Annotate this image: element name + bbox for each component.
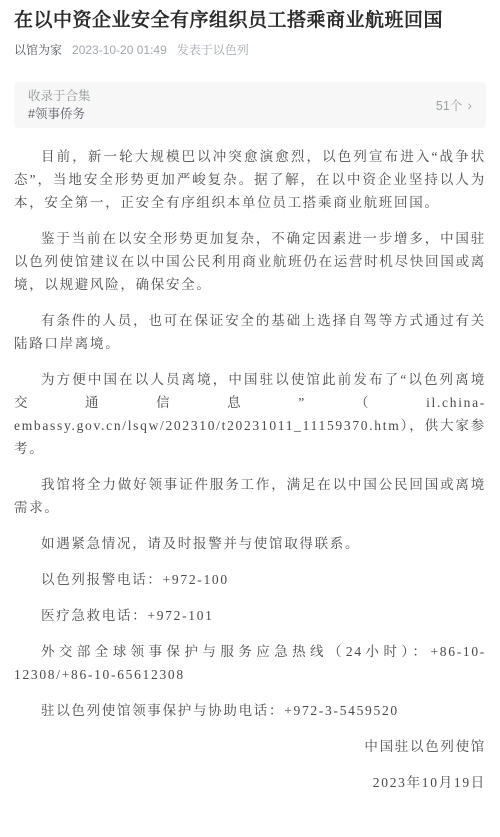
paragraph-phone: 外交部全球领事保护与服务应急热线（24小时）：+86-10-12308/+86-… [14, 640, 486, 686]
article-page: 在以中资企业安全有序组织员工搭乘商业航班回国 以馆为家 2023-10-20 0… [0, 0, 500, 837]
collection-count-area[interactable]: 51个 › [436, 96, 472, 114]
article-body: 目前，新一轮大规模巴以冲突愈演愈烈，以色列宣布进入“战争状态”，当地安全形势更加… [14, 145, 486, 794]
paragraph: 鉴于当前在以安全形势更加复杂，不确定因素进一步增多，中国驻以色列使馆建议在以中国… [14, 227, 486, 296]
collection-box[interactable]: 收录于合集 #领事侨务 51个 › [14, 82, 486, 128]
collection-info: 收录于合集 #领事侨务 [28, 87, 91, 123]
signature-date: 2023年10月19日 [14, 771, 486, 794]
paragraph-phone: 驻以色列使馆领事保护与协助电话：+972-3-5459520 [14, 699, 486, 722]
collection-label: 收录于合集 [28, 87, 91, 105]
paragraph: 目前，新一轮大规模巴以冲突愈演愈烈，以色列宣布进入“战争状态”，当地安全形势更加… [14, 145, 486, 214]
article-meta: 以馆为家 2023-10-20 01:49 发表于以色列 [14, 42, 486, 58]
paragraph: 如遇紧急情况，请及时报警并与使馆取得联系。 [14, 532, 486, 555]
paragraph-phone: 医疗急救电话：+972-101 [14, 604, 486, 627]
account-name-link[interactable]: 以馆为家 [14, 42, 62, 58]
collection-count: 51个 [436, 96, 462, 114]
paragraph-phone: 以色列报警电话：+972-100 [14, 568, 486, 591]
collection-tag-link[interactable]: #领事侨务 [28, 105, 91, 123]
chevron-right-icon: › [467, 98, 472, 112]
page-title: 在以中资企业安全有序组织员工搭乘商业航班回国 [14, 9, 486, 33]
publish-location: 发表于以色列 [177, 42, 249, 58]
paragraph: 我馆将全力做好领事证件服务工作，满足在以中国公民回国或离境需求。 [14, 473, 486, 519]
paragraph: 有条件的人员，也可在保证安全的基础上选择自驾等方式通过有关陆路口岸离境。 [14, 309, 486, 355]
paragraph-with-url: 为方便中国在以人员离境，中国驻以使馆此前发布了“以色列离境交通信息”（il.ch… [14, 368, 486, 460]
publish-timestamp: 2023-10-20 01:49 [72, 42, 167, 58]
signature-org: 中国驻以色列使馆 [14, 735, 486, 758]
